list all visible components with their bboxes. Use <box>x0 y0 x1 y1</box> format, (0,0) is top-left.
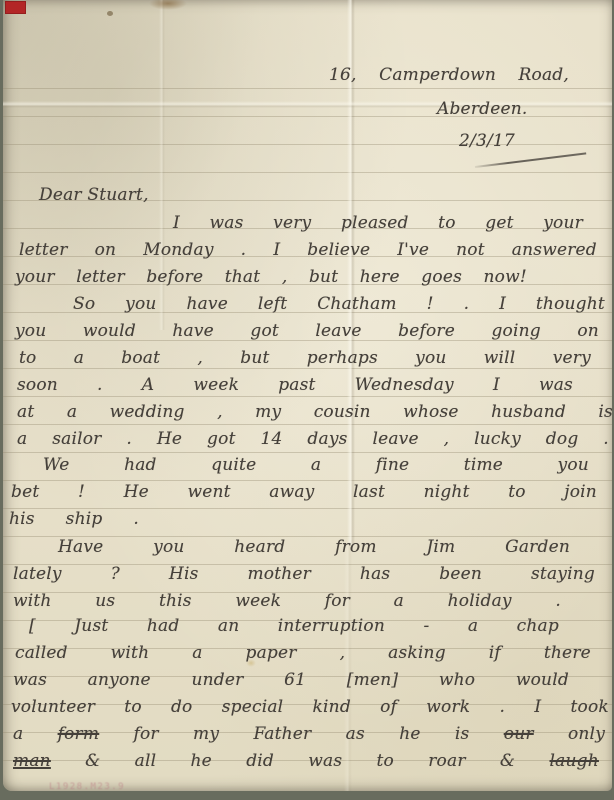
word: join <box>564 481 597 503</box>
word: have <box>172 320 214 342</box>
word: answered <box>512 239 597 261</box>
letter-line: lately?Hismotherhasbeenstaying <box>13 563 595 585</box>
word: called <box>15 642 68 664</box>
word: [ <box>29 615 36 637</box>
word: will <box>484 347 516 369</box>
letter-line: aformformyFatherasheisouronly <box>13 723 605 745</box>
word: . <box>133 508 139 530</box>
word: asking <box>388 642 446 664</box>
word: who <box>439 669 475 691</box>
word: was <box>13 669 47 691</box>
word: - <box>423 615 429 637</box>
word: going <box>491 320 540 342</box>
word: whose <box>403 401 459 423</box>
letter-line: toaboat,butperhapsyouwillvery <box>19 347 591 369</box>
word: week <box>193 374 239 396</box>
word: fine <box>376 454 410 476</box>
letter-line: soon.AweekpastWednesdayIwas <box>17 374 573 396</box>
word: all <box>135 750 157 772</box>
word: mother <box>247 563 311 585</box>
word: a <box>13 723 23 745</box>
word: had <box>147 615 180 637</box>
word: past <box>278 374 315 396</box>
word: is <box>598 401 613 423</box>
word: soon <box>17 374 58 396</box>
word: 16, <box>329 64 357 86</box>
word: you <box>125 293 156 315</box>
word: as <box>346 723 365 745</box>
word: with <box>111 642 150 664</box>
word: last <box>353 481 385 503</box>
word: to <box>438 212 455 234</box>
word: to <box>124 696 141 718</box>
red-corner-mark <box>5 1 26 14</box>
word: time <box>464 454 503 476</box>
word: boat <box>121 347 160 369</box>
letter-line: 2/3/17 <box>459 130 539 152</box>
letter-line: calledwithapaper,askingifthere <box>15 642 591 664</box>
word: paper <box>246 642 297 664</box>
word: to <box>508 481 525 503</box>
word: a <box>67 401 77 423</box>
word: letter <box>19 239 68 261</box>
word: laugh <box>550 750 599 772</box>
word: chap <box>517 615 559 637</box>
letter-line: letteronMonday.IbelieveI'venotanswered <box>19 239 597 261</box>
accession-number: L1928.M23.9 <box>49 782 125 792</box>
word: dog <box>546 428 579 450</box>
word: a <box>394 590 404 612</box>
word: , <box>197 347 203 369</box>
word: your <box>15 266 55 288</box>
word: ! <box>427 293 434 315</box>
word: a <box>74 347 84 369</box>
word: . <box>241 239 247 261</box>
word: We <box>43 454 70 476</box>
word: week <box>235 590 281 612</box>
letter-line: youwouldhavegotleavebeforegoingon <box>15 320 599 342</box>
word: , <box>340 642 346 664</box>
word: & <box>85 750 100 772</box>
word: , <box>444 428 450 450</box>
word: I <box>534 696 541 718</box>
word: on <box>577 320 599 342</box>
word: under <box>191 669 243 691</box>
word: sailor <box>52 428 101 450</box>
word: wedding <box>110 401 185 423</box>
word: have <box>186 293 228 315</box>
word: His <box>169 563 199 585</box>
word: but <box>240 347 269 369</box>
word: went <box>187 481 230 503</box>
word: staying <box>531 563 595 585</box>
word: Jim <box>426 536 455 558</box>
word: Father <box>253 723 311 745</box>
word: was <box>308 750 342 772</box>
word: , <box>217 401 223 423</box>
word: he <box>191 750 212 772</box>
word: ! <box>78 481 85 503</box>
word: 14 <box>260 428 282 450</box>
word: was <box>210 212 244 234</box>
word: do <box>171 696 193 718</box>
word: leave <box>315 320 361 342</box>
word: on <box>95 239 117 261</box>
word: your <box>543 212 583 234</box>
word: this <box>159 590 192 612</box>
word: husband <box>491 401 566 423</box>
word: of <box>380 696 397 718</box>
word: Have <box>58 536 103 558</box>
word: to <box>19 347 36 369</box>
word: perhaps <box>307 347 378 369</box>
word: believe <box>307 239 370 261</box>
word: away <box>269 481 314 503</box>
word: holiday <box>448 590 512 612</box>
word: you <box>153 536 184 558</box>
letter-line: Wehadquiteafinetimeyou <box>43 454 589 476</box>
word: , <box>282 266 288 288</box>
word: you <box>415 347 446 369</box>
word: our <box>504 723 534 745</box>
word: took <box>571 696 609 718</box>
word: very <box>273 212 311 234</box>
word: I <box>493 374 500 396</box>
word: kind <box>313 696 351 718</box>
word: that <box>225 266 261 288</box>
word: . <box>603 428 609 450</box>
word: but <box>309 266 338 288</box>
word: you <box>15 320 46 342</box>
letter-line: volunteertodospecialkindofwork.Itook <box>11 696 609 718</box>
handwritten-text-layer: 16,CamperdownRoad,Aberdeen.2/3/17Dear St… <box>3 0 614 800</box>
word: here <box>360 266 400 288</box>
word: heard <box>234 536 285 558</box>
letter-line: 16,CamperdownRoad, <box>329 64 569 86</box>
letter-line: SoyouhaveleftChatham!.Ithought <box>73 293 605 315</box>
word: lately <box>13 563 62 585</box>
word: only <box>568 723 605 745</box>
word: my <box>193 723 219 745</box>
word: at <box>17 401 34 423</box>
word: for <box>325 590 350 612</box>
word: man <box>13 750 51 772</box>
word: work <box>426 696 470 718</box>
word: his <box>9 508 35 530</box>
word: I <box>499 293 506 315</box>
word: pleased <box>341 212 409 234</box>
word: my <box>255 401 281 423</box>
word: He <box>157 428 182 450</box>
word: a <box>468 615 478 637</box>
word: A <box>142 374 154 396</box>
word: . <box>97 374 103 396</box>
letter-line: Iwasverypleasedtogetyour <box>173 212 583 234</box>
word: 61 <box>284 669 306 691</box>
word: leave <box>372 428 418 450</box>
word: been <box>439 563 482 585</box>
word: got <box>250 320 279 342</box>
word: [men] <box>347 669 398 691</box>
word: Just <box>74 615 108 637</box>
word: . <box>126 428 132 450</box>
word: Wednesday <box>355 374 454 396</box>
word: a <box>192 642 202 664</box>
word: & <box>500 750 515 772</box>
word: Road, <box>519 64 569 86</box>
word: had <box>124 454 157 476</box>
word: was <box>539 374 573 396</box>
letter-line: hisship. <box>9 508 139 530</box>
letter-line: Aberdeen. <box>437 98 547 120</box>
letter-line: withusthisweekforaholiday. <box>13 590 561 612</box>
word: is <box>455 723 470 745</box>
letter-line: man&allhedidwastoroar&laugh <box>13 750 599 772</box>
word: us <box>95 590 115 612</box>
word: got <box>207 428 236 450</box>
word: interruption <box>278 615 385 637</box>
word: he <box>399 723 420 745</box>
word: roar <box>428 750 465 772</box>
word: anyone <box>88 669 151 691</box>
word: there <box>544 642 591 664</box>
word: Garden <box>505 536 570 558</box>
word: if <box>489 642 501 664</box>
word: get <box>485 212 513 234</box>
letter-paper: 16,CamperdownRoad,Aberdeen.2/3/17Dear St… <box>3 0 612 791</box>
word: . <box>464 293 470 315</box>
word: I <box>273 239 280 261</box>
word: for <box>133 723 158 745</box>
word: Chatham <box>317 293 397 315</box>
letter-line: asailor.Hegot14daysleave,luckydog. <box>17 428 609 450</box>
word: Monday <box>143 239 213 261</box>
letter-line: Dear Stuart, <box>39 184 179 206</box>
word: left <box>258 293 287 315</box>
word: an <box>218 615 239 637</box>
word: special <box>222 696 284 718</box>
letter-line: wasanyoneunder61[men]whowould <box>13 669 569 691</box>
word: I <box>173 212 180 234</box>
word: from <box>335 536 377 558</box>
word: lucky <box>474 428 521 450</box>
word: bet <box>11 481 39 503</box>
word: a <box>311 454 321 476</box>
word: quite <box>211 454 256 476</box>
word: very <box>553 347 591 369</box>
word: night <box>424 481 470 503</box>
word: cousin <box>314 401 371 423</box>
word: ship <box>66 508 103 530</box>
word: letter <box>76 266 125 288</box>
word: ? <box>111 563 120 585</box>
letter-scan: 16,CamperdownRoad,Aberdeen.2/3/17Dear St… <box>0 0 614 800</box>
word: I've <box>397 239 429 261</box>
word: So <box>73 293 95 315</box>
word: would <box>83 320 136 342</box>
word: a <box>17 428 27 450</box>
word: now! <box>484 266 527 288</box>
word: thought <box>536 293 605 315</box>
word: to <box>377 750 394 772</box>
word: goes <box>421 266 462 288</box>
letter-line: HaveyouheardfromJimGarden <box>58 536 570 558</box>
letter-line: bet!Hewentawaylastnighttojoin <box>11 481 597 503</box>
word: before <box>398 320 455 342</box>
word: before <box>146 266 203 288</box>
word: not <box>456 239 485 261</box>
word: has <box>360 563 390 585</box>
word: Camperdown <box>379 64 496 86</box>
word: with <box>13 590 52 612</box>
letter-line: yourletterbeforethat,butheregoesnow! <box>15 266 527 288</box>
letter-line: atawedding,mycousinwhosehusbandis <box>17 401 613 423</box>
word: He <box>124 481 149 503</box>
word: days <box>307 428 347 450</box>
word: you <box>558 454 589 476</box>
word: form <box>58 723 100 745</box>
word: would <box>516 669 569 691</box>
letter-line: [Justhadaninterruption-achap <box>29 615 559 637</box>
word: volunteer <box>11 696 95 718</box>
word: . <box>500 696 506 718</box>
word: did <box>246 750 274 772</box>
word: . <box>555 590 561 612</box>
